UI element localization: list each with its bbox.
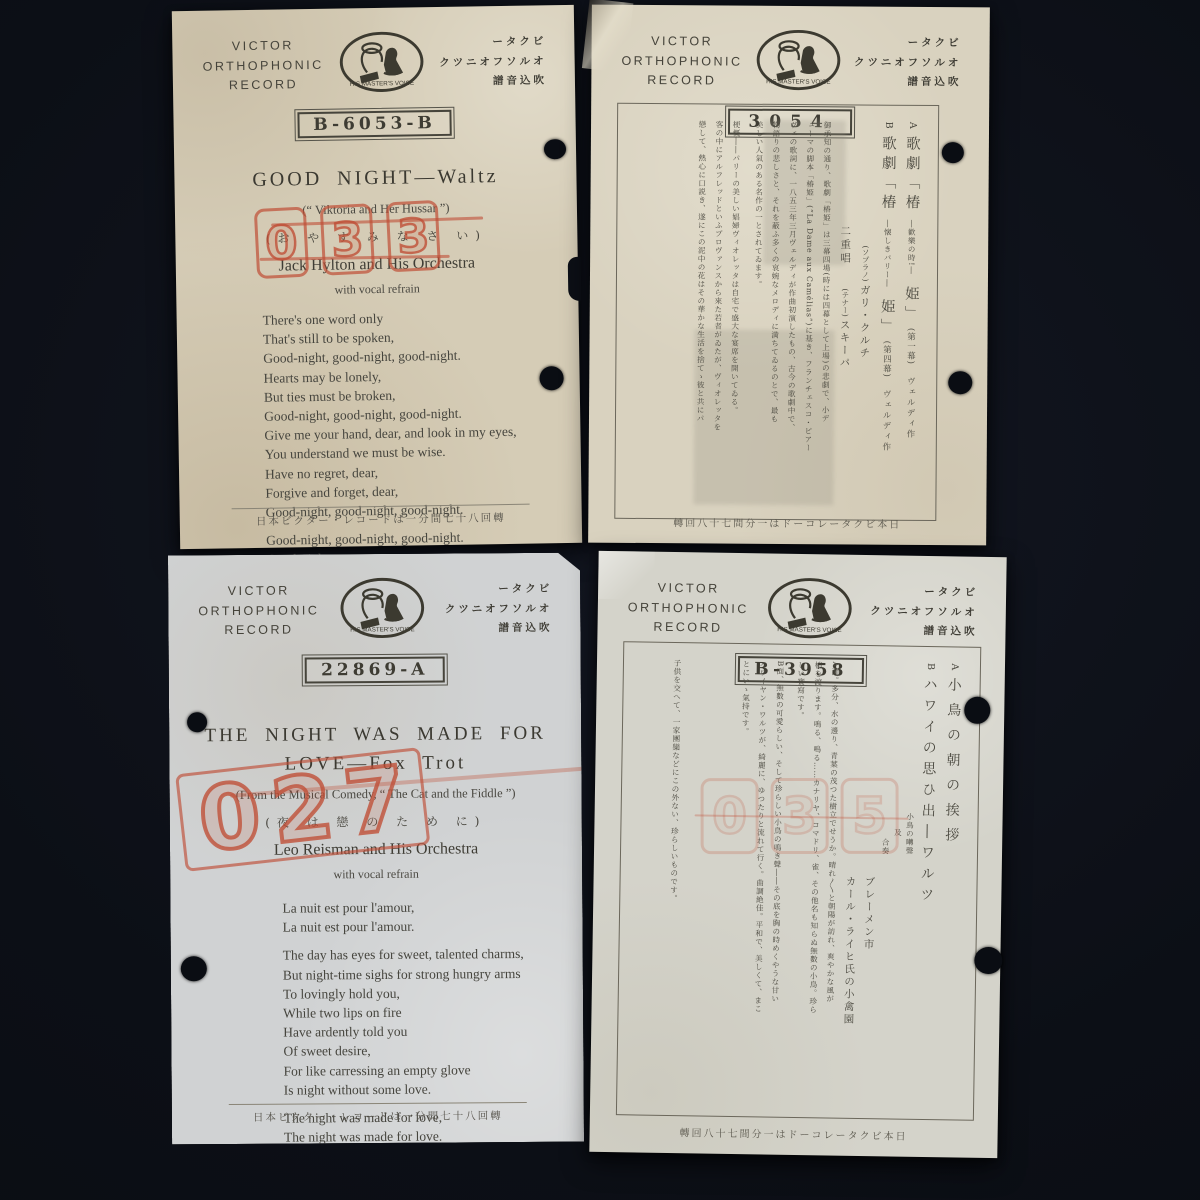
- brand-victor-orthophonic-record: VICTOR ORTHOPHONIC RECORD: [202, 36, 324, 96]
- text-line: 子供を交へて、一家團欒などにこの外ない、珍らしいものです。: [662, 659, 686, 1099]
- vertical-text-block: A歌劇「椿―歡樂の時!―姫」(第一幕)ヴェルディ作 B歌劇「椿―懐しきパリー―姫…: [615, 104, 938, 520]
- record-sheet-bird-songs: VICTOR ORTHOPHONIC RECORD HIS MASTER'S V…: [589, 551, 1006, 1158]
- text-line: Have ardently told you: [283, 1021, 583, 1042]
- sheet-header: VICTOR ORTHOPHONIC RECORD HIS MASTER'S V…: [168, 553, 581, 647]
- stamp-digit: 0: [701, 778, 759, 854]
- sheet-header: VICTOR ORTHOPHONIC RECORD HIS MASTER'S V…: [597, 551, 1006, 648]
- logo-caption: HIS MASTER'S VOICE: [349, 80, 414, 88]
- record-sheet-good-night: VICTOR ORTHOPHONIC RECORD HIS MASTER'S V…: [172, 5, 582, 549]
- his-masters-voice-logo: HIS MASTER'S VOICE: [338, 576, 426, 646]
- stamp-digit: 0: [195, 773, 265, 863]
- photo-of-record-insert-sheets: { "background": "#0c0f16", "stamp_color"…: [0, 0, 1200, 1200]
- text-line: La nuit est pour l'amour,: [282, 897, 582, 918]
- text-line: While two lips on fire: [283, 1002, 583, 1023]
- duet-and-tenor-performer: 二重唱(テナー)スキーパ: [833, 225, 855, 503]
- brand-jp-line: 譜音込吹: [870, 622, 978, 644]
- text-line: Of sweet desire,: [283, 1040, 583, 1061]
- gramophone-dog-icon: HIS MASTER'S VOICE: [765, 575, 854, 640]
- text-frame: A歌劇「椿―歡樂の時!―姫」(第一幕)ヴェルディ作 B歌劇「椿―懐しきパリー―姫…: [614, 103, 939, 521]
- punch-hole: [544, 139, 566, 159]
- punch-hole: [187, 712, 207, 732]
- brand-japanese: ータクビ クツニオフソルオ 譜音込吹: [854, 33, 962, 94]
- stamp-digit: 3: [771, 778, 829, 854]
- brand-line: VICTOR: [202, 36, 323, 57]
- vertical-text-block: A小鳥の朝の挨拶 Bハワイの思ひ出―ワルツ 小鳥の囀聲 及 合奏 ブレーメン市 …: [617, 642, 980, 1120]
- gramophone-dog-icon: HIS MASTER'S VOICE: [337, 29, 426, 94]
- stamp-digit: 7: [340, 756, 410, 846]
- brand-jp-line: 譜音込吹: [445, 619, 553, 640]
- brand-jp-line: ータクビ: [870, 582, 978, 604]
- punch-hole: [181, 956, 207, 981]
- brand-line: VICTOR: [622, 32, 743, 52]
- text-line: For like carressing an empty glove: [283, 1059, 583, 1080]
- soprano-performer: (ソプラノ)ガリ・クルチ: [853, 245, 875, 503]
- logo-caption: HIS MASTER'S VOICE: [777, 626, 842, 634]
- brand-victor-orthophonic-record: VICTOR ORTHOPHONIC RECORD: [621, 32, 742, 91]
- brand-line: RECORD: [203, 75, 324, 96]
- brand-japanese: ータクビ クツニオフソルオ 譜音込吹: [870, 582, 978, 643]
- brand-japanese: ータクビ クツニオフソルオ 譜音込吹: [445, 579, 553, 640]
- gramophone-dog-icon: HIS MASTER'S VOICE: [338, 576, 426, 641]
- sheet-header: VICTOR ORTHOPHONIC RECORD HIS MASTER'S V…: [591, 5, 990, 99]
- text-line: 美しい人氣のある名作の一とされてゐます。: [748, 121, 768, 503]
- refrain-note: with vocal refrain: [176, 279, 578, 300]
- speed-notice: 轉回八十七間分一はドーコレータクビ本日: [588, 514, 986, 532]
- performer-aviary: カール・ライヒ氏の小禽園: [837, 876, 860, 1102]
- brand-line: ORTHOPHONIC: [203, 56, 324, 77]
- brand-line: VICTOR: [198, 582, 319, 602]
- text-line: 梗概――パリーの美しい娼婦ヴィオレッタは自宅で盛大な宴席を開いてゐる。: [725, 121, 745, 503]
- brand-jp-line: クツニオフソルオ: [854, 53, 962, 74]
- brand-jp-line: ータクビ: [854, 33, 962, 54]
- brand-jp-line: 譜音込吹: [439, 72, 547, 94]
- punch-hole: [942, 142, 964, 163]
- brand-line: ORTHOPHONIC: [621, 52, 742, 72]
- song-title-line: THE NIGHT WAS MADE FOR: [169, 720, 581, 751]
- text-line: To lovingly hold you,: [283, 982, 583, 1003]
- speed-notice: 日本ビクター・レコードは一分間七十八回轉: [172, 1102, 584, 1127]
- faint-inventory-stamp-035: 0 3 5: [701, 778, 899, 854]
- text-line: The day has eyes for sweet, talented cha…: [283, 944, 583, 965]
- punch-hole: [948, 371, 972, 394]
- his-masters-voice-logo: HIS MASTER'S VOICE: [754, 28, 842, 98]
- stamp-digit: 3: [320, 203, 375, 276]
- text-line: ューマの脚本「椿姫」(“La Dame aux Camélias”)に基き、フラ…: [799, 121, 819, 503]
- torn-edge-notch: [568, 257, 582, 301]
- brand-jp-line: クツニオフソルオ: [445, 599, 553, 620]
- inventory-stamp-033: 0 3 3: [254, 200, 441, 279]
- text-line: La nuit est pour l'amour.: [282, 916, 582, 937]
- brand-line: RECORD: [198, 621, 319, 641]
- lyrics-block: There's one word onlyThat's still to be …: [263, 306, 583, 570]
- corner-fold-highlight: [598, 551, 655, 600]
- his-masters-voice-logo: HIS MASTER'S VOICE: [337, 29, 426, 99]
- brand-line: ORTHOPHONIC: [198, 601, 319, 621]
- record-sheet-la-traviata: VICTOR ORTHOPHONIC RECORD HIS MASTER'S V…: [588, 5, 990, 546]
- side-b-heading: B歌劇「椿―懐しきパリー―姫」(第四幕)ヴェルディ作: [873, 122, 900, 504]
- song-title: GOOD NIGHT—Waltz: [174, 160, 576, 196]
- side-a-heading: A歌劇「椿―歡樂の時!―姫」(第一幕)ヴェルディ作: [897, 122, 924, 504]
- logo-caption: HIS MASTER'S VOICE: [766, 78, 830, 85]
- text-line: 御承知の通り、歌劇「椿姫」は三幕四場(時には四幕として上場)の悲劇で、小デ: [816, 121, 836, 503]
- stamp-digit: 3: [386, 200, 441, 273]
- text-line: 戀して、熱心に口説き、遂にこの泥中の花はその華かな生活を捨てゝ彼と共にパ: [691, 120, 711, 502]
- brand-line: RECORD: [621, 71, 742, 91]
- brand-japanese: ータクビ クツニオフソルオ 譜音込吹: [439, 32, 547, 93]
- brand-jp-line: 譜音込吹: [854, 73, 962, 94]
- text-line: The night was made for love.: [284, 1126, 584, 1147]
- punch-hole: [974, 947, 1002, 974]
- logo-caption: HIS MASTER'S VOICE: [350, 626, 414, 633]
- brand-jp-line: ータクビ: [445, 579, 553, 600]
- text-line: Is night without some love.: [284, 1078, 584, 1099]
- speed-notice: 轉回八十七間分一はドーコレータクビ本日: [590, 1123, 998, 1144]
- text-line: But night-time sighs for strong hungry a…: [283, 963, 583, 984]
- stamp-digit: 5: [841, 778, 899, 854]
- sheet-header: VICTOR ORTHOPHONIC RECORD HIS MASTER'S V…: [172, 5, 575, 102]
- brand-jp-line: クツニオフソルオ: [870, 602, 978, 624]
- gramophone-dog-icon: HIS MASTER'S VOICE: [754, 28, 842, 93]
- catalog-number: 22869-A: [305, 657, 445, 684]
- stamp-digit: 0: [254, 207, 309, 280]
- text-line: 物語りの悲しさと、それを蔽ふ多くの哀婉なメロディに満ちてゐるのとで、最も: [765, 121, 785, 503]
- stamp-digit: 2: [267, 764, 337, 854]
- brand-line: ORTHOPHONIC: [628, 598, 749, 619]
- paper-crease: [582, 0, 634, 73]
- brand-jp-line: クツニオフソルオ: [439, 52, 547, 74]
- brand-line: RECORD: [627, 617, 748, 638]
- text-frame: A小鳥の朝の挨拶 Bハワイの思ひ出―ワルツ 小鳥の囀聲 及 合奏 ブレーメン市 …: [616, 641, 981, 1121]
- catalog-number: B-6053-B: [297, 110, 452, 138]
- brand-victor-orthophonic-record: VICTOR ORTHOPHONIC RECORD: [198, 582, 319, 641]
- punch-hole: [964, 697, 990, 724]
- his-masters-voice-logo: HIS MASTER'S VOICE: [765, 575, 854, 645]
- text-line: 客の中にアルフレッドといふプロヴァンスから來た若者がゐたが、ヴィオレッタを: [708, 120, 728, 502]
- brand-jp-line: ータクビ: [439, 32, 547, 54]
- record-sheet-night-was-made-for-love: VICTOR ORTHOPHONIC RECORD HIS MASTER'S V…: [168, 553, 584, 1145]
- performer-city: ブレーメン市: [856, 876, 879, 1102]
